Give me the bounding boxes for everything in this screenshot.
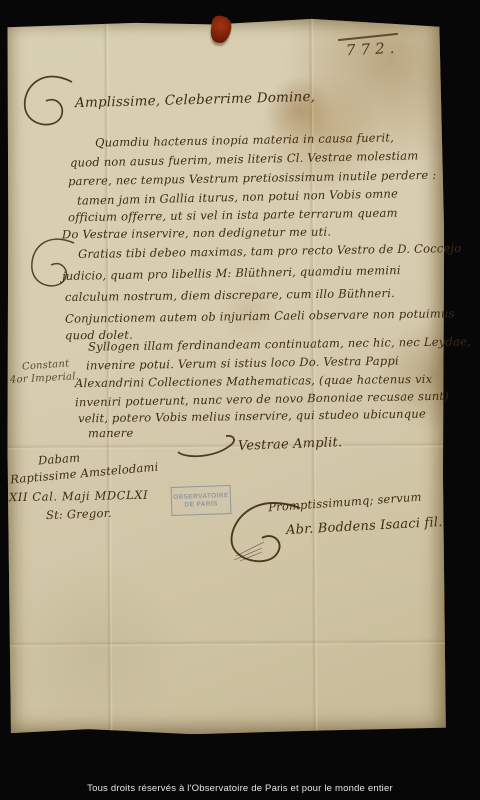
copyright-caption: Tous droits réservés à l'Observatoire de…	[0, 783, 480, 794]
calligraphic-flourish	[176, 432, 238, 458]
calligraphic-flourish	[20, 72, 76, 130]
fold-crease-horizontal	[9, 639, 447, 648]
observatory-stamp: OBSERVATOIRE DE PARIS	[171, 485, 232, 516]
dateline-line: Dabam	[38, 451, 81, 468]
dateline-line: XII Cal. Maji MDCLXI	[9, 488, 148, 504]
manuscript-line: manere	[88, 426, 134, 440]
stamp-line: DE PARIS	[184, 500, 218, 509]
scanned-letter-view: 772. Amplissime, Celeberrime Domine, Qua…	[0, 0, 480, 800]
dateline-line: St: Gregor.	[46, 506, 112, 522]
folio-number: 772.	[346, 39, 400, 60]
manuscript-line: Do Vestrae inservire, non dedignetur me …	[62, 225, 331, 242]
